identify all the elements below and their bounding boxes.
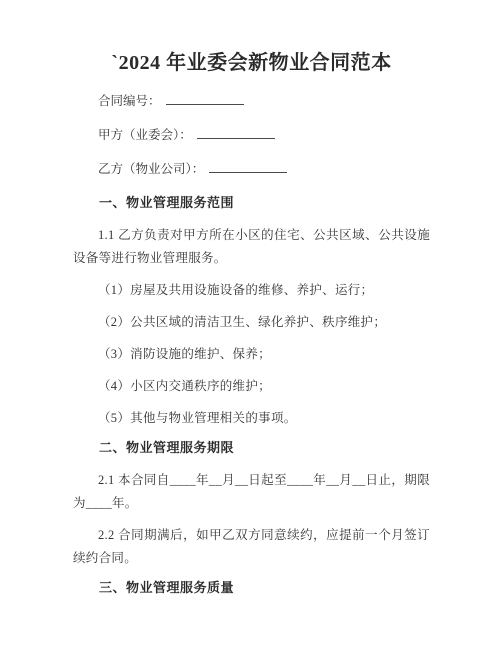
clause-2-1: 2.1 本合同自____年__月__日起至____年__月__日止，期限为___… [73,469,430,515]
section-heading-service-scope: 一、物业管理服务范围 [73,194,430,212]
clause-2-2: 2.2 合同期满后，如甲乙双方同意续约，应提前一个月签订续约合同。 [73,524,430,570]
party-a-field: 甲方（业委会）： [73,126,430,143]
scope-item-1: （1）房屋及共用设施设备的维修、养护、运行； [73,279,430,302]
contract-number-blank-underline [166,92,244,105]
party-b-blank-underline [209,160,287,173]
party-a-blank-underline [197,126,275,139]
contract-number-label: 合同编号： [98,94,161,108]
party-a-label: 甲方（业委会）： [98,128,192,142]
contract-number-field: 合同编号： [73,92,430,109]
section-heading-service-term: 二、物业管理服务期限 [73,439,430,457]
party-b-field: 乙方（物业公司）： [73,160,430,177]
scope-item-4: （4）小区内交通秩序的维护； [73,375,430,398]
document-title: `2024 年业委会新物业合同范本 [73,48,430,78]
party-b-label: 乙方（物业公司）： [98,162,204,176]
scope-item-2: （2）公共区域的清洁卫生、绿化养护、秩序维护； [73,311,430,334]
scope-item-3: （3）消防设施的维护、保养； [73,343,430,366]
contract-document-page: `2024 年业委会新物业合同范本 合同编号： 甲方（业委会）： 乙方（物业公司… [0,0,500,647]
scope-item-5: （5）其他与物业管理相关的事项。 [73,407,430,430]
clause-1-1: 1.1 乙方负责对甲方所在小区的住宅、公共区域、公共设施设备等进行物业管理服务。 [73,224,430,270]
section-heading-service-quality: 三、物业管理服务质量 [73,579,430,597]
